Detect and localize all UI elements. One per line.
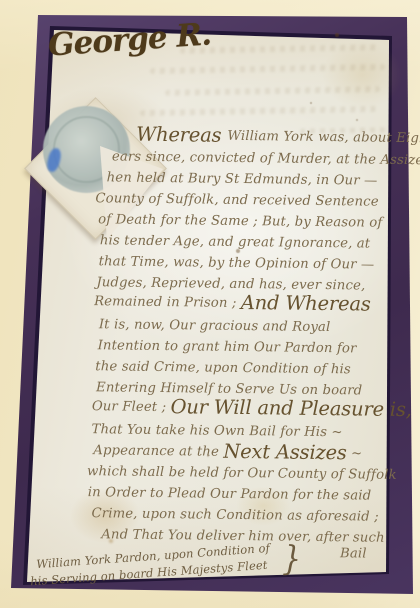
manuscript-line: That You take his Own Bail for His ~ [91, 420, 342, 441]
manuscript-line: hen held at Bury St Edmunds, in Our — [107, 168, 378, 189]
manuscript-line: Intention to grant him Our Pardon for [98, 336, 357, 357]
manuscript-line: of Death for the Same ; But, by Reason o… [98, 210, 382, 231]
manuscript-line: in Order to Plead Our Pardon for the sai… [88, 483, 372, 504]
manuscript-line: Whereas William York was, about Eight [136, 126, 420, 148]
manuscript-line-bail: Bail [340, 545, 367, 562]
framed-pardon-document-photo: George R. Whereas William York was, abou… [0, 0, 420, 608]
manuscript-body: Whereas William York was, about Eight ea… [0, 0, 420, 608]
manuscript-line: ears since, convicted of Murder, at the … [112, 147, 420, 169]
manuscript-line: which shall be held for Our County of Su… [87, 462, 397, 484]
manuscript-line: that Time, was, by the Opinion of Our — [99, 252, 375, 273]
manuscript-line: It is, now, Our gracious and Royal [99, 315, 331, 336]
manuscript-line: Remained in Prison ; And Whereas [94, 292, 371, 313]
manuscript-line: Appearance at the Next Assizes ~ [93, 441, 362, 462]
manuscript-line: Crime, upon such Condition as aforesaid … [91, 504, 378, 526]
manuscript-line: Our Fleet ; Our Will and Pleasure is, [92, 397, 412, 419]
manuscript-line: the said Crime, upon Condition of his [95, 357, 351, 378]
docket-brace: } [282, 539, 302, 580]
manuscript-line: County of Suffolk, and received Sentence [95, 189, 379, 210]
manuscript-line: his tender Age, and great Ignorance, at [100, 231, 371, 252]
